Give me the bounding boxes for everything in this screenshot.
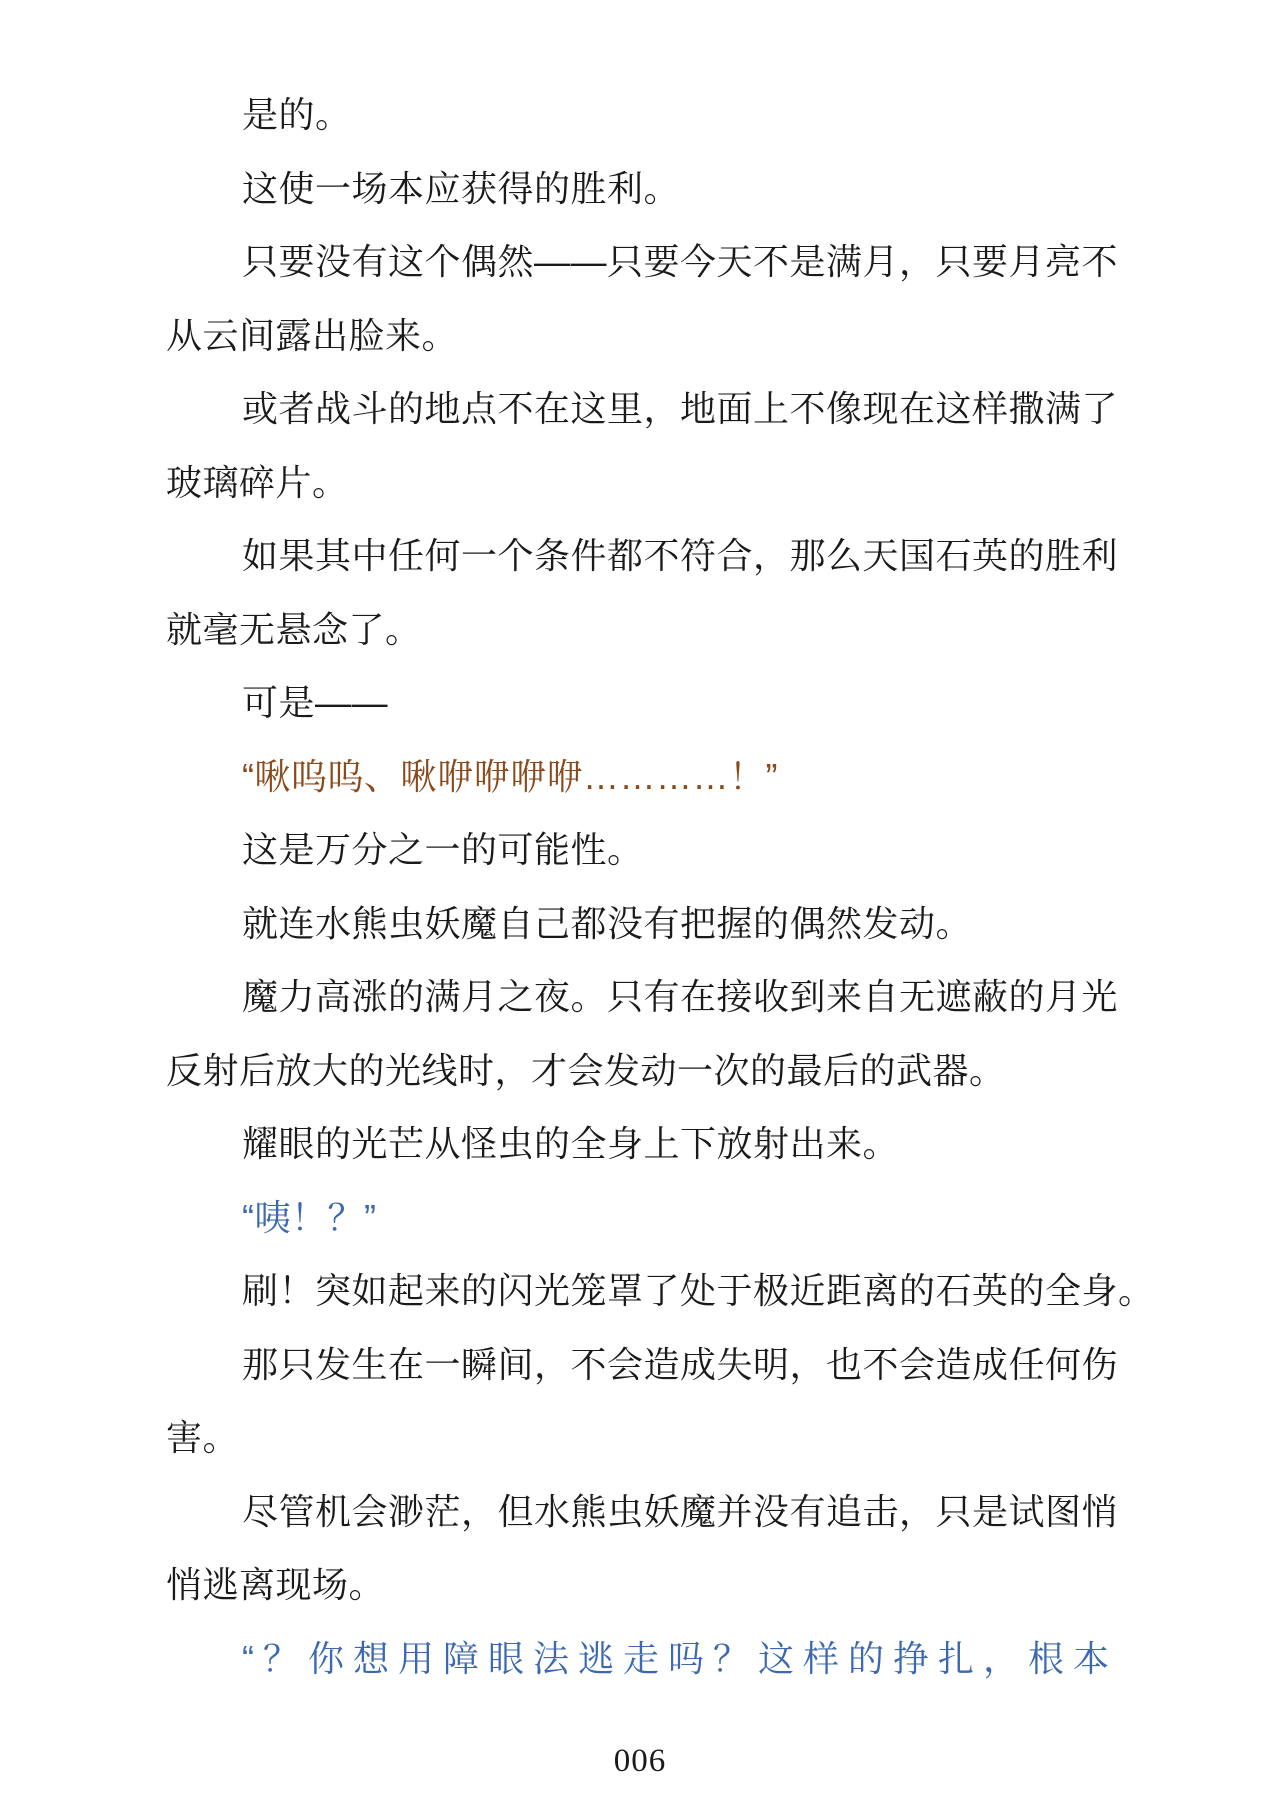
narration-line: 只要没有这个偶然——只要今天不是满月，只要月亮不	[166, 225, 1176, 299]
monster-cry-line: “啾呜呜、啾咿咿咿咿…………！”	[166, 740, 1176, 814]
narration-line: 玻璃碎片。	[166, 446, 1176, 520]
narration-line: 耀眼的光芒从怪虫的全身上下放射出来。	[166, 1107, 1176, 1181]
narration-line: 那只发生在一瞬间，不会造成失明，也不会造成任何伤	[166, 1328, 1176, 1402]
narration-line: 这使一场本应获得的胜利。	[166, 152, 1176, 226]
narration-line: 可是——	[166, 666, 1176, 740]
page-number: 006	[614, 1743, 667, 1779]
page-footer: 006	[0, 1743, 1280, 1780]
narration-line: 反射后放大的光线时，才会发动一次的最后的武器。	[166, 1034, 1176, 1108]
narration-line: 就毫无悬念了。	[166, 593, 1176, 667]
narration-line: 从云间露出脸来。	[166, 299, 1176, 373]
character-dialogue-line: “咦！？”	[166, 1181, 1176, 1255]
ebook-page: 是的。这使一场本应获得的胜利。只要没有这个偶然——只要今天不是满月，只要月亮不从…	[0, 0, 1280, 1807]
narration-line: 刷！突如起来的闪光笼罩了处于极近距离的石英的全身。	[166, 1254, 1176, 1328]
page-text-content: 是的。这使一场本应获得的胜利。只要没有这个偶然——只要今天不是满月，只要月亮不从…	[166, 78, 1176, 1695]
narration-line: 魔力高涨的满月之夜。只有在接收到来自无遮蔽的月光	[166, 960, 1176, 1034]
narration-line: 是的。	[166, 78, 1176, 152]
narration-line: 或者战斗的地点不在这里，地面上不像现在这样撒满了	[166, 372, 1176, 446]
narration-line: 如果其中任何一个条件都不符合，那么天国石英的胜利	[166, 519, 1176, 593]
narration-line: 尽管机会渺茫，但水熊虫妖魔并没有追击，只是试图悄	[166, 1475, 1176, 1549]
narration-line: 害。	[166, 1401, 1176, 1475]
character-dialogue-line: “？你想用障眼法逃走吗？这样的挣扎，根本	[166, 1622, 1176, 1696]
narration-line: 悄逃离现场。	[166, 1548, 1176, 1622]
narration-line: 就连水熊虫妖魔自己都没有把握的偶然发动。	[166, 887, 1176, 961]
narration-line: 这是万分之一的可能性。	[166, 813, 1176, 887]
